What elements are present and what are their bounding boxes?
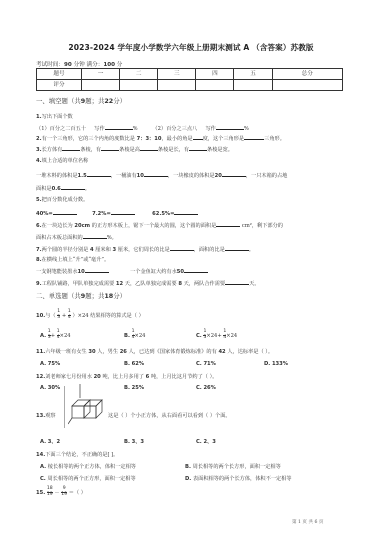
question-4-line-2: 面积是0.6。 (36, 184, 90, 192)
answer-blank[interactable] (62, 145, 80, 151)
answer-blank[interactable] (83, 233, 107, 239)
question-15: 15. 1819 － 919 ＝（ ） (36, 487, 86, 498)
option-a[interactable]: A. 75% (40, 361, 60, 367)
option-c[interactable]: C. 13×24+ 14×24 (196, 330, 237, 341)
question-2: 2.有一个三角形，它的三个内角的度数比是 7：3：10，最小的角是度，这个三角形… (36, 134, 285, 142)
question-4-line-1: 一堆木料的体积是1.5，一桶油有10，一块橡皮的体积是20，一只木箱的占地 (36, 171, 287, 179)
fraction: 14 (68, 310, 71, 321)
answer-blank[interactable] (170, 245, 194, 251)
figure-divider (64, 386, 65, 428)
answer-blank[interactable] (189, 145, 207, 151)
question-8-items: 一支钢笔能装墨水10 一个金鱼缸大约有水50 (36, 267, 208, 275)
option-a[interactable]: A. 3、2 (40, 438, 60, 445)
answer-blank[interactable] (225, 245, 249, 251)
question-4: 4.填上合适的单位名称 (36, 157, 88, 164)
option-c[interactable]: C. 周长相等的两个正方形，面积一定相等 (40, 475, 136, 482)
option-b[interactable]: B. 25% (124, 385, 144, 391)
option-c[interactable]: C. 26% (196, 385, 216, 391)
answer-blank[interactable] (222, 171, 246, 177)
answer-blank[interactable] (225, 279, 249, 285)
page-footer: 第 1 页 共 6 页 (292, 519, 324, 525)
answer-blank[interactable] (193, 134, 203, 140)
question-6: 6.在一块边长为 20cm 的正方形木板上，锯下一个最大的圆，这个圆的面积是 c… (36, 221, 283, 229)
answer-blank[interactable] (216, 124, 244, 130)
option-c[interactable]: C. 71% (196, 361, 216, 367)
fraction: 13 (57, 310, 60, 321)
answer-blank[interactable] (85, 267, 109, 273)
fraction: 919 (61, 487, 67, 498)
question-12: 12.刘老师家七月份用水 20 吨，比上月多用了 6 吨，上月比这月节约了（ ）… (36, 373, 217, 380)
score-cell[interactable] (234, 80, 272, 91)
option-b[interactable]: B. 3、3 (124, 438, 144, 445)
question-10: 10.与（ 13 + 14 ）×24 结果相等的算式是（ ） (36, 310, 144, 321)
answer-blank[interactable] (216, 221, 240, 227)
question-5: 5.把百分数化成分数。 (36, 196, 88, 203)
score-table-header: 三 (158, 69, 196, 80)
section-heading-fill-in: 一、填空题（共9题；共22分） (36, 96, 126, 105)
question-6-line-2: 面积占木板总面积的%。 (36, 233, 117, 241)
score-row-label: 评分 (37, 80, 82, 91)
option-a[interactable]: A. 13+ 14×24 (40, 330, 71, 341)
question-11: 11.六年级一班有女生 30 人，男生 26 人，已达到《国家体育锻炼标准》的有… (36, 348, 273, 355)
score-table-header: 五 (234, 69, 272, 80)
question-14: 14.下面三个结论，不正确的是[ ]。 (36, 451, 118, 458)
score-cell[interactable] (272, 80, 342, 91)
answer-blank[interactable] (111, 209, 135, 215)
score-cell[interactable] (120, 80, 158, 91)
score-cell[interactable] (196, 80, 234, 91)
question-13-label: 13.观察 (36, 412, 56, 419)
answer-blank[interactable] (61, 184, 85, 190)
answer-blank[interactable] (101, 145, 119, 151)
option-a[interactable]: A. 30% (40, 385, 60, 391)
score-table-header: 一 (82, 69, 120, 80)
answer-blank[interactable] (144, 171, 168, 177)
score-table-header: 四 (196, 69, 234, 80)
answer-blank[interactable] (244, 134, 264, 140)
question-3: 3.长方体有条棱，有条棱是高条棱是长，有条棱是宽。 (36, 145, 233, 153)
exam-meta: 考试时间：90 分钟 满分：100 分 (36, 60, 122, 68)
option-b[interactable]: B. 62% (124, 361, 144, 367)
answer-blank[interactable] (53, 209, 77, 215)
option-a[interactable]: A. 棱长相等的两个正方体，体积一定相等 (40, 463, 136, 470)
option-d[interactable]: D. 133% (264, 361, 288, 367)
section-heading-single-choice: 二、单选题（共9题；共18分） (36, 291, 126, 300)
answer-blank[interactable] (140, 145, 158, 151)
question-1: 1.写出下面个数 (36, 113, 73, 120)
option-b[interactable]: B. 周长相等的两个长方形，面积一定相等 (185, 463, 281, 470)
option-d[interactable]: D. 表面积相等的两个长方体，体积不一定相等 (185, 475, 292, 482)
question-1-parts: （1）百分之二百五十 写作% （2）百分之三点八 写作% (36, 124, 249, 132)
page-title: 2023-2024 学年度小学数学六年级上册期末测试 A （含答案）苏教版 (0, 42, 382, 53)
answer-blank[interactable] (184, 267, 208, 273)
score-table-header: 总分 (272, 69, 342, 80)
score-table-header: 二 (120, 69, 158, 80)
score-table-header: 题号 (37, 69, 82, 80)
cubes-figure-icon (68, 384, 104, 434)
question-8: 8.在横线上填上“升”或“毫升”。 (36, 256, 109, 263)
score-cell[interactable] (158, 80, 196, 91)
score-cell[interactable] (82, 80, 120, 91)
score-table-row: 评分 (37, 80, 343, 91)
option-b[interactable]: B. 14×24 (124, 330, 145, 341)
answer-blank[interactable] (105, 124, 133, 130)
exam-page: 2023-2024 学年度小学数学六年级上册期末测试 A （含答案）苏教版 考试… (0, 0, 382, 540)
answer-blank[interactable] (174, 209, 198, 215)
answer-blank[interactable] (87, 171, 111, 177)
score-table-header-row: 题号 一 二 三 四 五 总分 (37, 69, 343, 80)
question-13: 这是（ ）个小正方体，从右面看可以看到（ ）个面。 (108, 412, 231, 419)
option-c[interactable]: C. 2、3 (196, 438, 216, 445)
score-table: 题号 一 二 三 四 五 总分 评分 (36, 68, 343, 91)
question-5-items: 40%= 7.2%= 62.5%= (36, 209, 198, 217)
fraction: 1819 (47, 487, 53, 498)
question-7: 7.两个圆的半径分别是 4 厘米和 3 厘米，它们周长的比是，面积的比是。 (36, 245, 254, 253)
question-9: 9.工程队铺路，甲队单独完成需要 12 天，乙队单独完成需要 8 天，两队合作需… (36, 279, 260, 287)
